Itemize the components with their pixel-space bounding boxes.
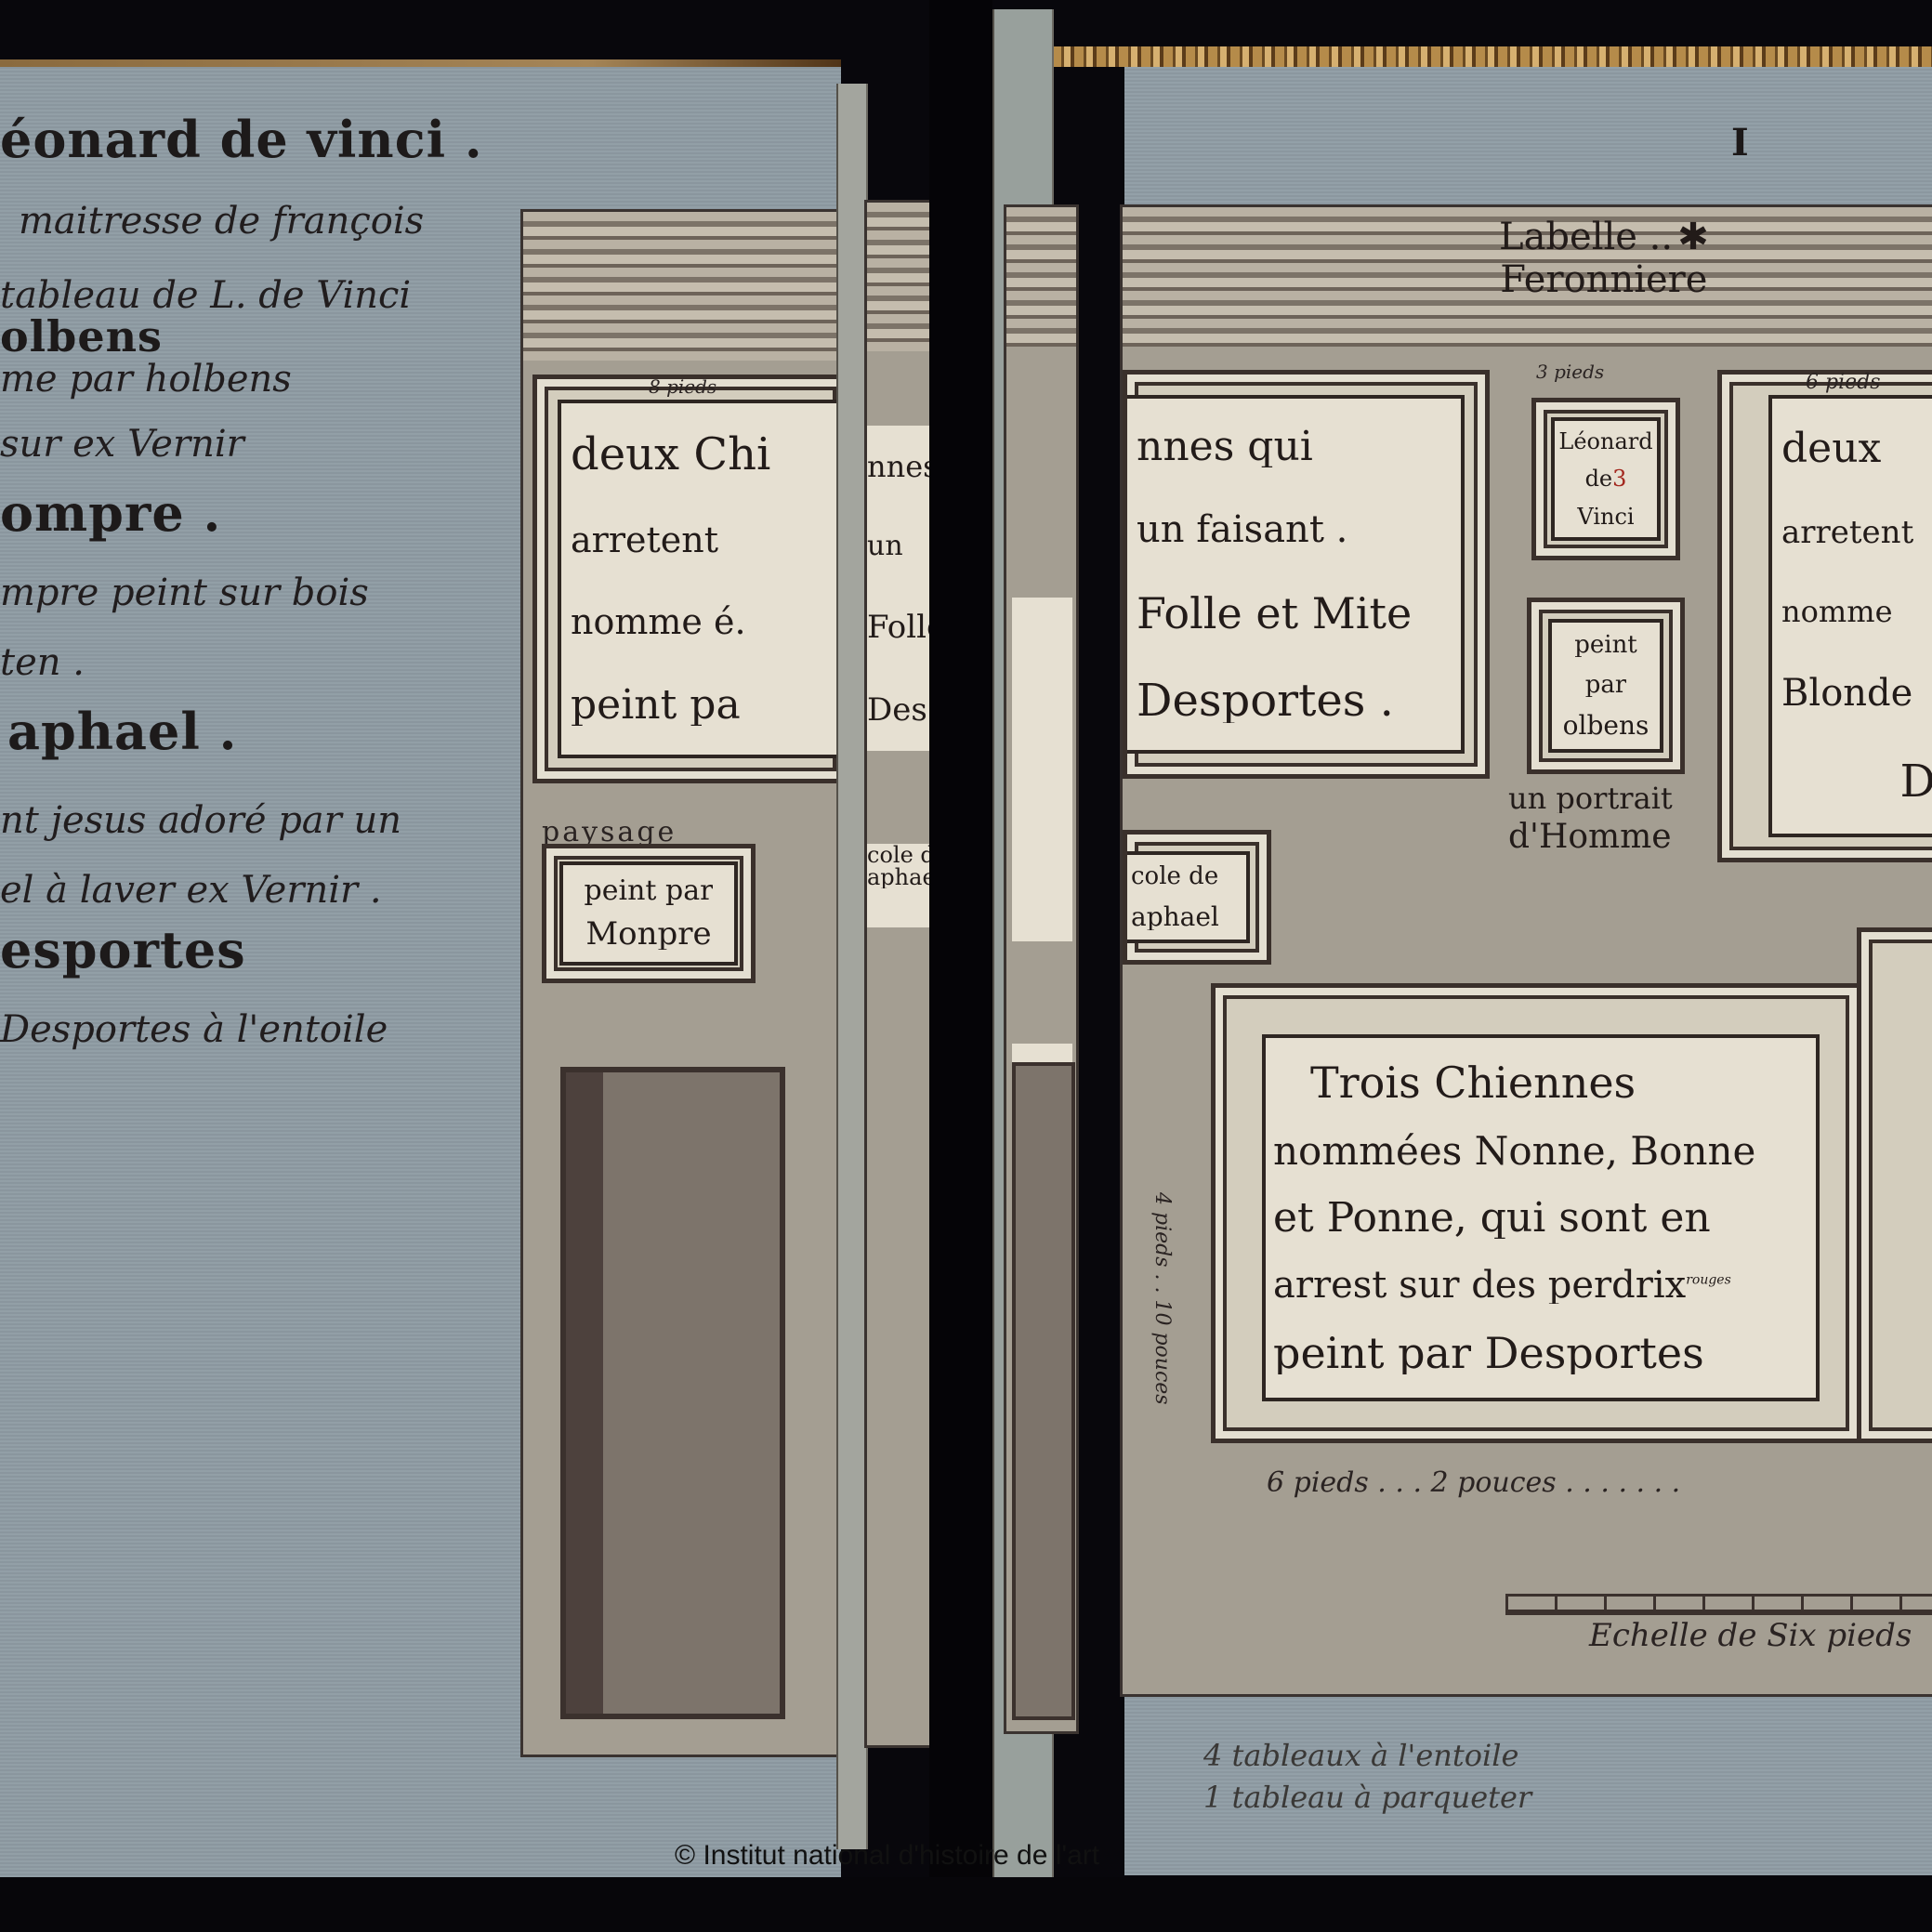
index-heading-holbens: olbens	[0, 311, 163, 361]
index-note: Desportes à l'entoile	[0, 1008, 388, 1051]
index-heading-monpre: ompre .	[0, 483, 221, 543]
page-number: I	[1731, 121, 1749, 164]
top-painting-label: Labelle .. ✱ Feronniere	[1499, 218, 1709, 298]
dimension-label: 8 pieds	[649, 375, 716, 398]
cornice	[523, 212, 844, 361]
book-gutter	[929, 0, 992, 1932]
painting-frame-folle-et-mite: nnes qui un faisant . Folle et Mite Desp…	[1123, 370, 1490, 779]
fold-flap[interactable]	[836, 84, 868, 1849]
foldout-strip-right	[1004, 204, 1079, 1734]
scale-caption: Echelle de Six pieds	[1589, 1617, 1912, 1654]
door-drawing	[560, 1067, 785, 1719]
painting-frame-deux-chiennes: deux Chi arretent nomme é. peint pa 8 pi…	[532, 375, 848, 783]
frame-label: Folle	[867, 611, 932, 643]
footer-note: 1 tableau à parqueter	[1203, 1780, 1531, 1815]
left-page-gilt-edge	[0, 59, 841, 67]
superscript-note: rouges	[1686, 1273, 1731, 1288]
frame-label: Monpre	[585, 918, 711, 950]
painting-frame-trois-chiennes: Trois Chiennes nommées Nonne, Bonne et P…	[1211, 983, 1861, 1443]
copyright-watermark: © Institut national d'histoire de l'art	[675, 1840, 1099, 1872]
foldout-strip-left: nnes un Folle Des cole de aphael	[864, 200, 935, 1748]
index-note: ten .	[0, 641, 85, 684]
index-note: el à laver ex Vernir .	[0, 869, 382, 912]
frame-label: peint par	[585, 877, 714, 905]
frame-label: nomme é.	[571, 604, 835, 639]
wall-elevation-drawing: Labelle .. ✱ Feronniere nnes qui un fais…	[1120, 204, 1932, 1697]
portrait-label: un portrait d'Homme	[1508, 783, 1673, 854]
painting-frame-raphael: cole de aphael	[1123, 830, 1271, 965]
right-page-gilt-edge	[1052, 46, 1932, 67]
foldout-left-panel[interactable]: deux Chi arretent nomme é. peint pa 8 pi…	[520, 209, 847, 1757]
index-note: me par holbens	[0, 358, 292, 401]
bottom-dimension-label: 6 pieds . . . 2 pouces . . . . . . .	[1267, 1466, 1680, 1499]
frame-label: nnes	[867, 452, 932, 481]
index-note: maitresse de françois	[19, 200, 424, 243]
footer-note: 4 tableaux à l'entoile	[1203, 1738, 1518, 1773]
background-bottom	[0, 1877, 1932, 1932]
frame-label: un	[867, 532, 932, 560]
index-heading-raphael: aphael .	[7, 702, 237, 761]
dimension-label: 6 pieds	[1806, 371, 1881, 394]
index-note: nt jesus adoré par un	[0, 799, 401, 842]
raphael-strip: cole de aphael	[867, 844, 932, 927]
painting-frame-holbens: peint par olbens	[1527, 598, 1685, 774]
painting-frame-partial-right	[1857, 927, 1932, 1443]
painting-frame-leonard: Léonard de3 Vinci	[1531, 398, 1680, 560]
index-note: mpre peint sur bois	[0, 572, 369, 614]
star-icon: ✱	[1677, 216, 1709, 258]
side-dimension-label: 4 pieds . . 10 pouces	[1150, 1192, 1174, 1405]
index-heading-desportes: esportes	[0, 920, 246, 979]
index-note: sur ex Vernir	[0, 423, 244, 466]
frame-label: deux Chi	[571, 432, 835, 477]
frame-label: arretent	[571, 522, 835, 558]
scale-bar	[1505, 1594, 1932, 1615]
dimension-label: 3 pieds	[1536, 361, 1604, 383]
red-mark: 3	[1612, 467, 1626, 490]
painting-frame-monpre: peint par Monpre	[542, 844, 756, 983]
frame-label: peint pa	[571, 685, 835, 726]
index-heading-vinci: éonard de vinci .	[0, 110, 483, 169]
painting-frame-deux-chiennes-blonde: deux arretent nomme Blonde D 6 pieds	[1717, 370, 1932, 862]
frame-label: Des	[867, 694, 932, 726]
